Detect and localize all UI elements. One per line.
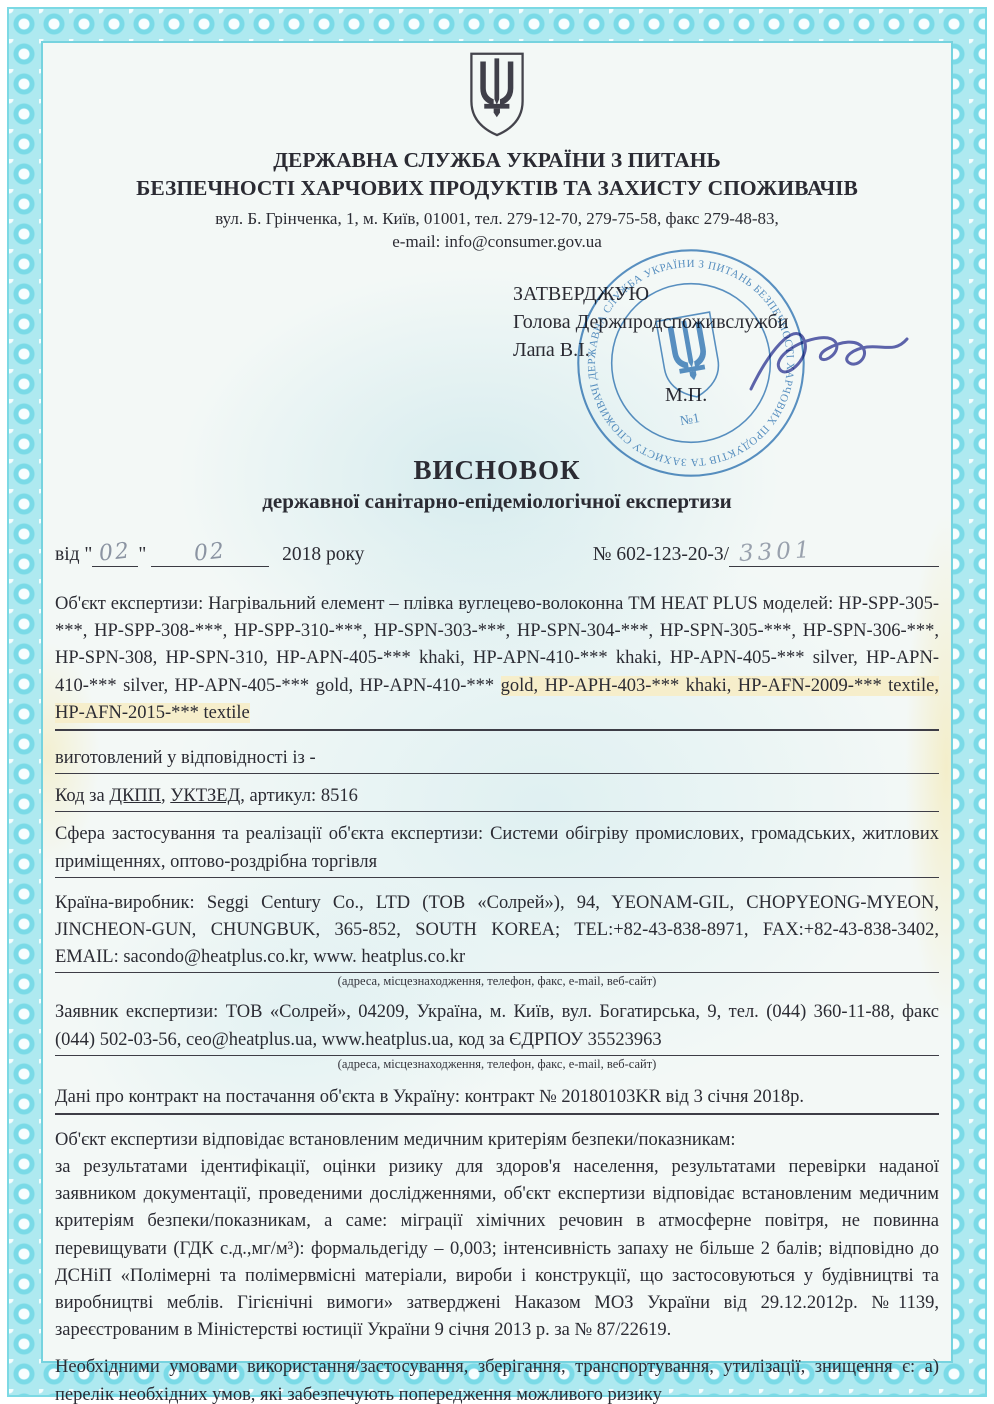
code-separator: , xyxy=(161,786,170,806)
org-name-line2: БЕЗПЕЧНОСТІ ХАРЧОВИХ ПРОДУКТІВ ТА ЗАХИСТ… xyxy=(55,175,939,203)
manufacturer: Країна-виробник: Seggi Century Co., LTD … xyxy=(55,890,939,974)
org-email-line: e-mail: info@consumer.gov.ua xyxy=(55,231,939,254)
handwritten-day: 02 xyxy=(98,538,132,566)
applicant-caption: (адреса, місцезнаходження, телефон, факс… xyxy=(55,1057,939,1072)
org-name-line1: ДЕРЖАВНА СЛУЖБА УКРАЇНИ З ПИТАНЬ xyxy=(55,147,939,175)
code-suffix: , артикул: 8516 xyxy=(240,786,358,806)
conformity-body: за результатами ідентифікації, оцінки ри… xyxy=(55,1154,939,1344)
code-prefix: Код за xyxy=(55,786,109,806)
document-body: ДЕРЖАВНА СЛУЖБА УКРАЇНИ З ПИТАНЬ БЕЗПЕЧН… xyxy=(41,41,953,1363)
conformity-heading: Об'єкт експертизи відповідає встановлени… xyxy=(55,1127,939,1154)
applicant: Заявник експертизи: ТОВ «Солрей», 04209,… xyxy=(55,999,939,1055)
conditions-paragraph: Необхідними умовами використання/застосу… xyxy=(55,1354,939,1404)
date-and-number-row: від "02" 02 2018 року № 602-123-20-3/330… xyxy=(55,540,939,567)
object-of-expertise: Об'єкт експертизи: Нагрівальний елемент … xyxy=(55,591,939,731)
date-prefix: від " xyxy=(55,544,92,565)
contract-info: Дані про контракт на постачання об'єкта … xyxy=(55,1084,939,1115)
date-year-label: 2018 року xyxy=(282,544,364,565)
handwritten-number: 3301 xyxy=(738,537,814,567)
certificate-page: ДЕРЖАВНА СЛУЖБА УКРАЇНИ З ПИТАНЬ БЕЗПЕЧН… xyxy=(0,0,994,1404)
manufacturer-caption: (адреса, місцезнаходження, телефон, факс… xyxy=(55,974,939,989)
content: ДЕРЖАВНА СЛУЖБА УКРАЇНИ З ПИТАНЬ БЕЗПЕЧН… xyxy=(43,43,951,1404)
date-field: від "02" 02 2018 року xyxy=(55,541,364,567)
signature-icon xyxy=(743,311,919,411)
org-address: вул. Б. Грінченка, 1, м. Київ, 01001, те… xyxy=(55,208,939,254)
ukraine-trident-emblem-icon xyxy=(465,51,529,139)
code-line: Код за ДКПП, УКТЗЕД, артикул: 8516 xyxy=(55,783,939,812)
handwritten-month: 02 xyxy=(193,538,227,566)
number-prefix: № 602-123-20-3/ xyxy=(593,544,729,565)
made-in-accordance-line: виготовлений у відповідності із - xyxy=(55,745,939,774)
org-name: ДЕРЖАВНА СЛУЖБА УКРАЇНИ З ПИТАНЬ БЕЗПЕЧН… xyxy=(55,147,939,203)
code-uktzed: УКТЗЕД xyxy=(170,786,240,806)
stamp-number: №1 xyxy=(679,410,701,428)
scope-of-application: Сфера застосування та реалізації об'єкта… xyxy=(55,821,939,877)
document-subtitle: державної санітарно-епідеміологічної екс… xyxy=(55,489,939,514)
date-day-slot: 02 xyxy=(92,541,138,567)
date-month-slot: 02 xyxy=(151,541,269,567)
number-slot: 3301 xyxy=(729,540,939,567)
date-quote-close: " xyxy=(138,544,146,565)
org-address-line: вул. Б. Грінченка, 1, м. Київ, 01001, те… xyxy=(55,208,939,231)
document-number-field: № 602-123-20-3/3301 xyxy=(593,540,939,567)
code-dkpp: ДКПП xyxy=(109,786,161,806)
